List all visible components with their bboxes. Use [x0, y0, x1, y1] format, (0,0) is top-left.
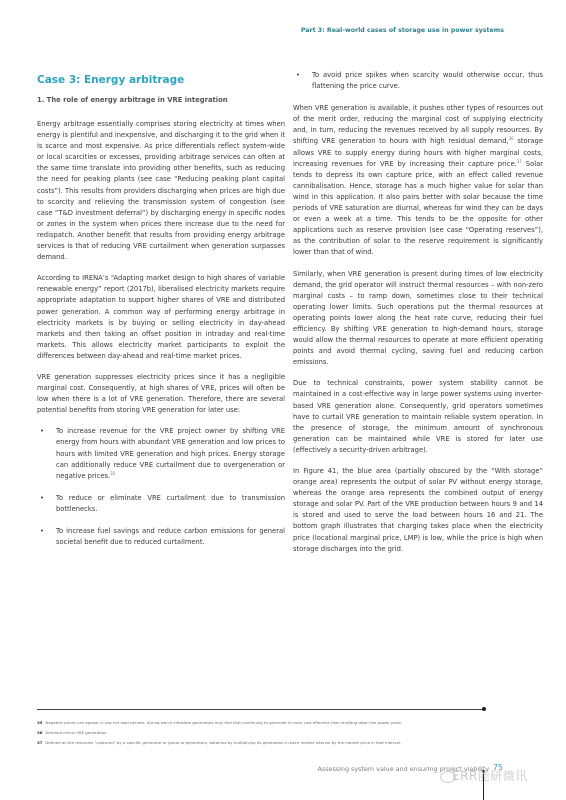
- paragraph-text: When VRE generation is available, it pus…: [293, 104, 543, 145]
- paragraph: Due to technical constraints, power syst…: [293, 378, 543, 456]
- footnote-36: 36Demand minus VRE generation.: [37, 728, 507, 738]
- benefits-list: • To increase revenue for the VRE projec…: [37, 426, 285, 548]
- divider-end-dot: [482, 707, 486, 711]
- footnote-number: 37: [37, 740, 42, 745]
- watermark: ERR能研微讯: [452, 767, 528, 784]
- footnote-35: 35Negative prices can appear in low net …: [37, 718, 507, 728]
- footnote-text: Defined as the revenues “captured” by a …: [45, 740, 401, 745]
- bullet-icon: •: [40, 526, 44, 537]
- list-item-text: To reduce or eliminate VRE curtailment d…: [56, 494, 285, 513]
- paragraph: VRE generation suppresses electricity pr…: [37, 372, 285, 416]
- left-column: Case 3: Energy arbitrage 1. The role of …: [37, 70, 285, 559]
- list-item-text: To increase fuel savings and reduce carb…: [56, 527, 285, 546]
- list-item: • To increase revenue for the VRE projec…: [37, 426, 285, 481]
- footnote-divider: [37, 709, 484, 710]
- paragraph-text: Solar tends to depress its own capture p…: [293, 160, 543, 257]
- footnote-number: 36: [37, 730, 42, 735]
- list-item: • To increase fuel savings and reduce ca…: [37, 526, 285, 548]
- paragraph: Energy arbitrage essentially comprises s…: [37, 119, 285, 263]
- case-title: Case 3: Energy arbitrage: [37, 74, 285, 86]
- paragraph: In Figure 41, the blue area (partially o…: [293, 466, 543, 555]
- section-heading: 1. The role of energy arbitrage in VRE i…: [37, 96, 285, 104]
- footnote-text: Demand minus VRE generation.: [45, 730, 107, 735]
- footnotes: 35Negative prices can appear in low net …: [37, 718, 507, 748]
- list-item-text: To increase revenue for the VRE project …: [56, 427, 285, 479]
- paragraph: When VRE generation is available, it pus…: [293, 103, 543, 258]
- benefits-list-continued: • To avoid price spikes when scarcity wo…: [293, 70, 543, 92]
- paragraph: According to IRENA’s “Adapting market de…: [37, 273, 285, 362]
- list-item: • To avoid price spikes when scarcity wo…: [293, 70, 543, 92]
- footnote-37: 37Defined as the revenues “captured” by …: [37, 738, 507, 748]
- bullet-icon: •: [296, 70, 300, 81]
- footnote-text: Negative prices can appear in low net lo…: [45, 720, 402, 725]
- bullet-icon: •: [40, 426, 44, 437]
- running-header: Part 3: Real-world cases of storage use …: [301, 27, 504, 34]
- paragraph: Similarly, when VRE generation is presen…: [293, 269, 543, 369]
- footnote-number: 35: [37, 720, 42, 725]
- right-column: • To avoid price spikes when scarcity wo…: [293, 70, 543, 565]
- footnote-ref[interactable]: 35: [110, 470, 115, 475]
- bullet-icon: •: [40, 493, 44, 504]
- list-item: • To reduce or eliminate VRE curtailment…: [37, 493, 285, 515]
- list-item-text: To avoid price spikes when scarcity woul…: [312, 71, 543, 90]
